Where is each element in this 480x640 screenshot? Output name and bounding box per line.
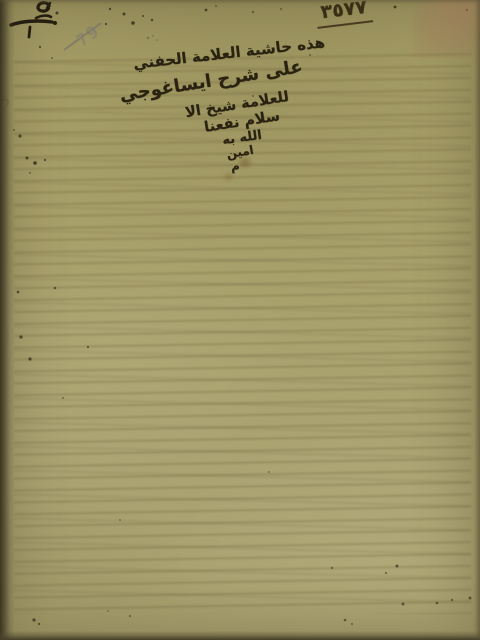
- corner-stain: [413, 0, 480, 58]
- page-bottom-edge: [0, 631, 480, 640]
- binding-gutter-shadow: [0, 0, 15, 640]
- page-top-edge: [0, 0, 480, 4]
- page-right-edge: [474, 0, 480, 640]
- ink-smudge: [222, 172, 235, 182]
- manuscript-scan: 79 ٣٥٧٧ هذه حاشية العلامة الحفني على شرح…: [0, 0, 480, 640]
- title-line-7: م: [230, 158, 241, 173]
